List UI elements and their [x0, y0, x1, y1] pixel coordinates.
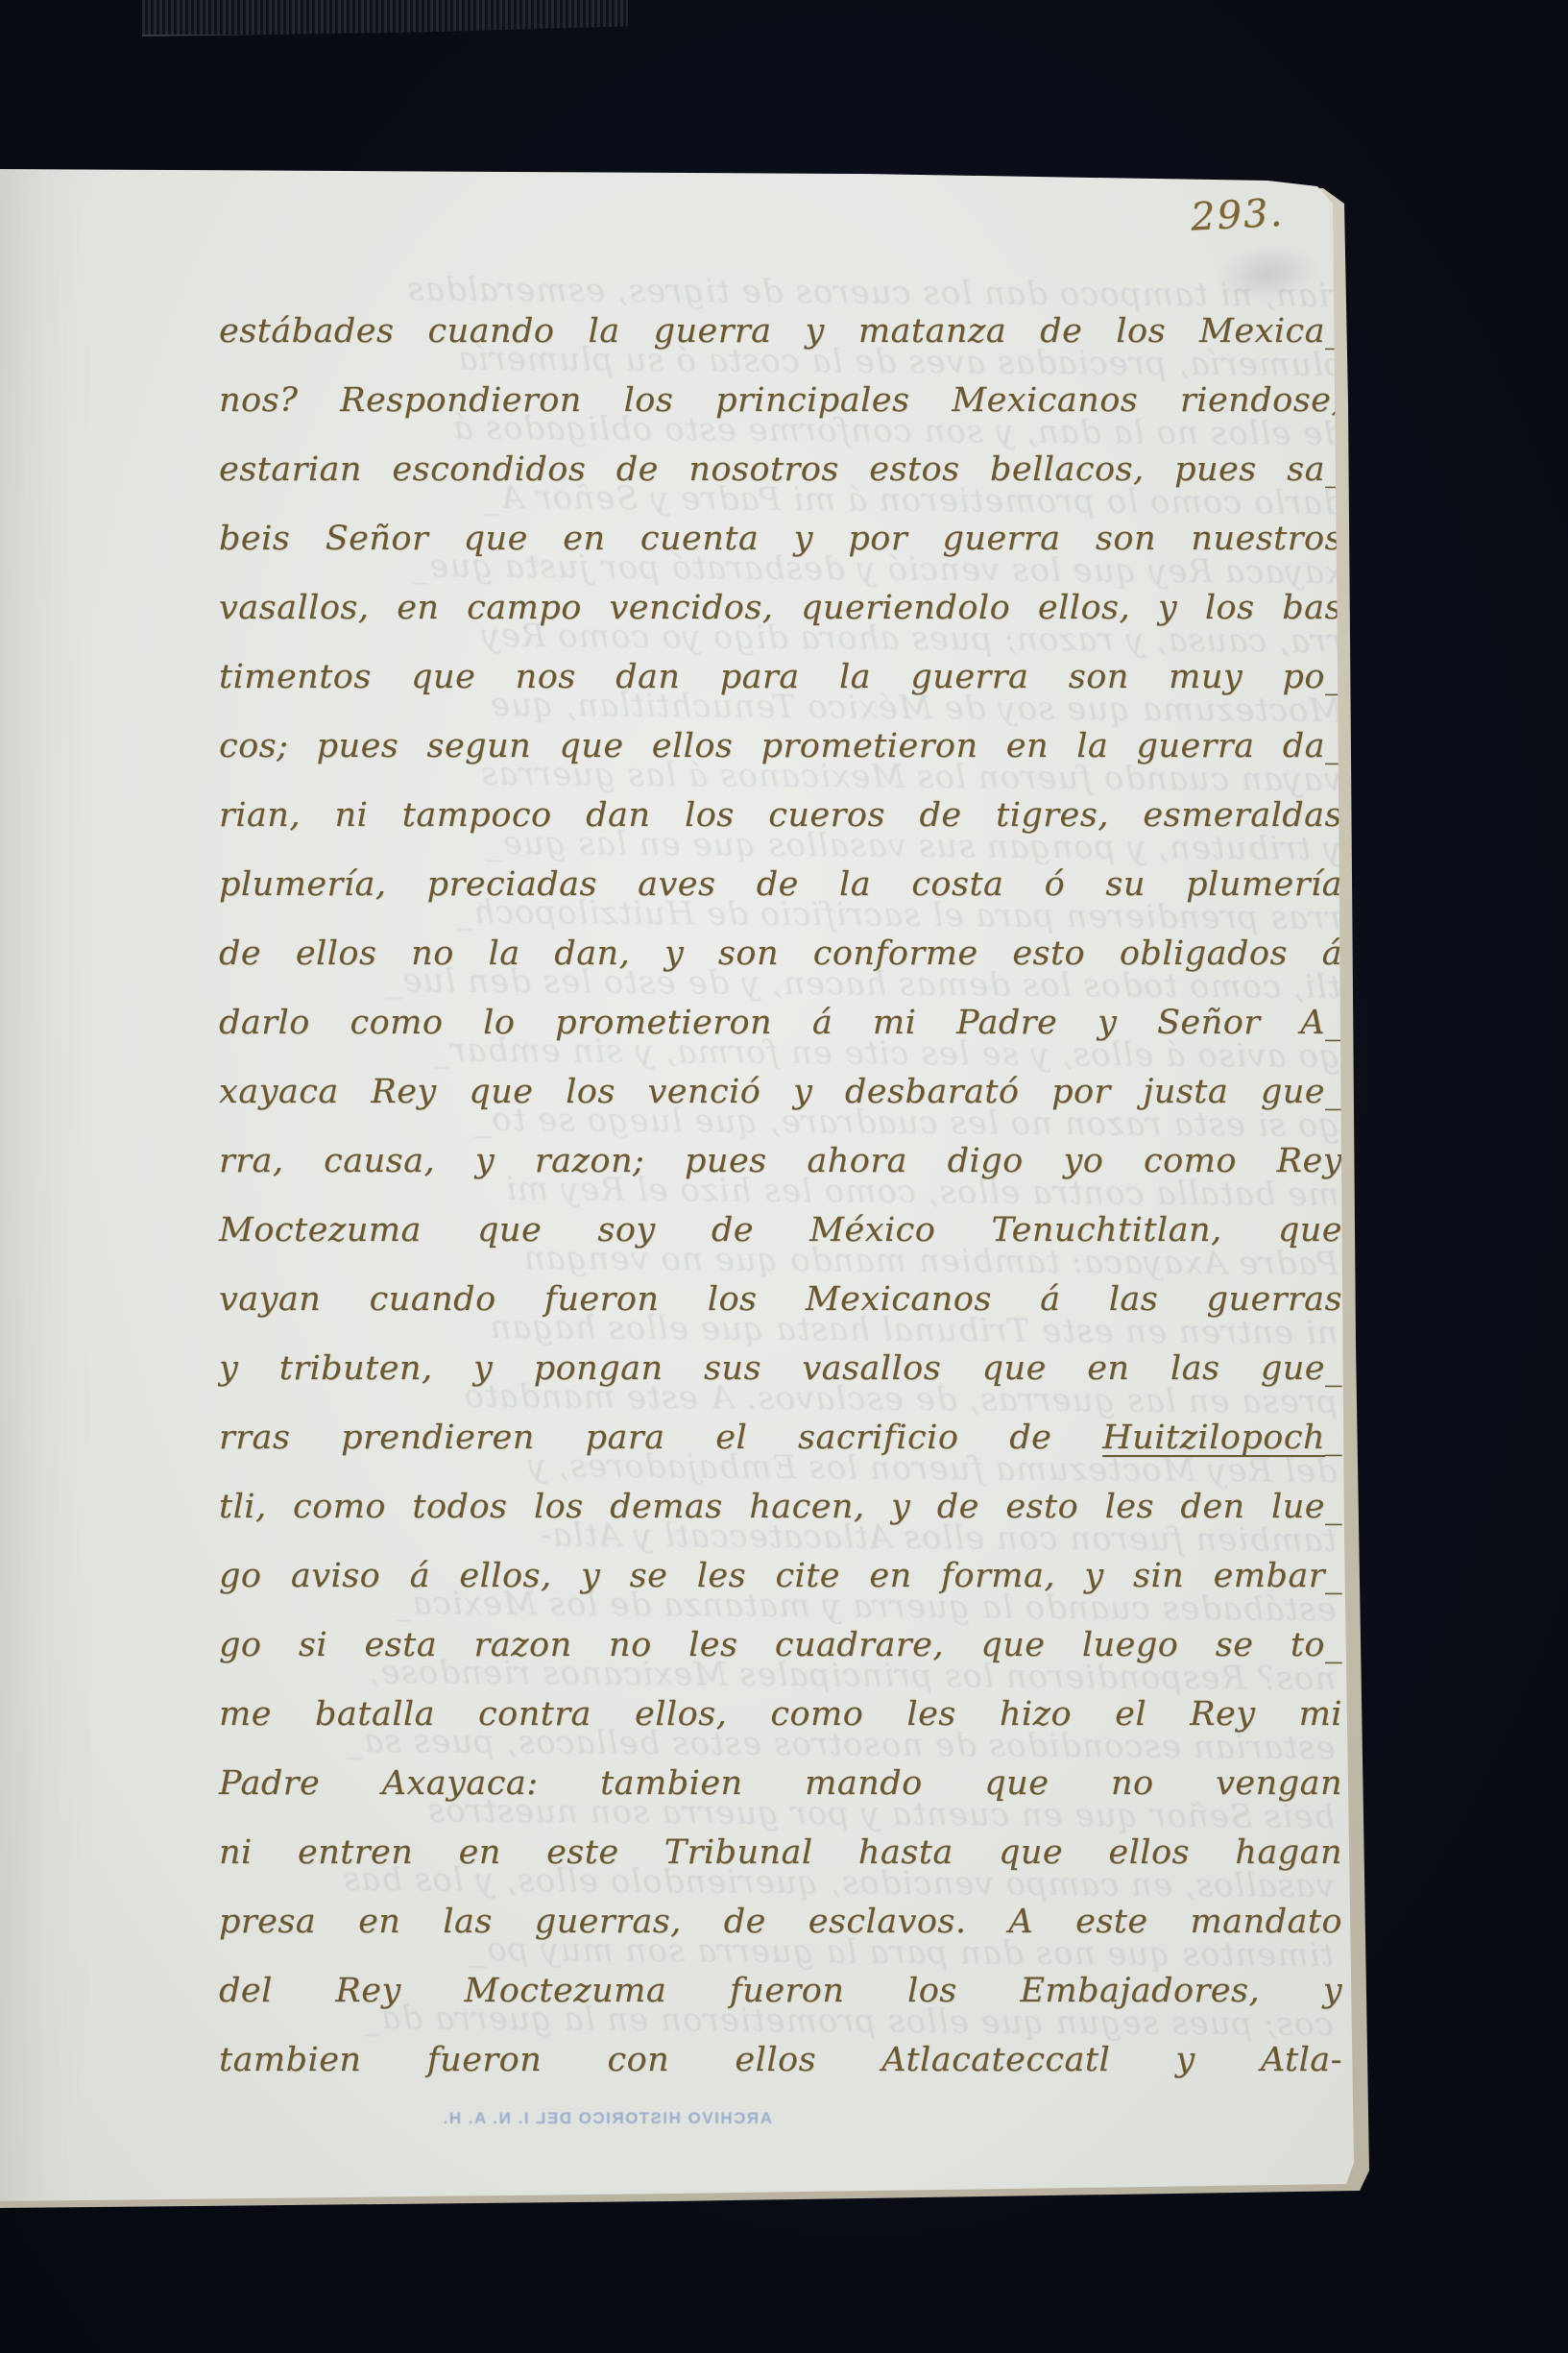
handwritten-line: rra, causa, y razon; pues ahora digo yo …	[219, 1127, 1342, 1196]
handwritten-line: cos; pues segun que ellos prometieron en…	[219, 712, 1342, 781]
handwritten-line: tli, como todos los demas hacen, y de es…	[219, 1472, 1342, 1541]
manuscript-photo: rian, ni tampoco dan los cueros de tigre…	[0, 0, 1568, 2353]
handwritten-line: presa en las guerras, de esclavos. A est…	[219, 1887, 1342, 1956]
book-binding-texture	[142, 0, 628, 36]
handwritten-line: estábades cuando la guerra y matanza de …	[219, 297, 1342, 366]
handwritten-line: rras prendieren para el sacrificio de Hu…	[219, 1403, 1342, 1472]
handwritten-line: tambien fueron con ellos Atlacateccatl y…	[219, 2026, 1342, 2095]
handwritten-line: ni entren en este Tribunal hasta que ell…	[219, 1818, 1342, 1887]
handwritten-line: Moctezuma que soy de México Tenuchtitlan…	[219, 1196, 1342, 1265]
handwritten-line: Padre Axayaca: tambien mando que no veng…	[219, 1749, 1342, 1818]
handwritten-line: go si esta razon no les cuadrare, que lu…	[219, 1611, 1342, 1680]
handwritten-line: me batalla contra ellos, como les hizo e…	[219, 1680, 1342, 1749]
handwritten-line: darlo como lo prometieron á mi Padre y S…	[219, 988, 1342, 1057]
handwritten-line: vayan cuando fueron los Mexicanos á las …	[219, 1265, 1342, 1334]
manuscript-page: rian, ni tampoco dan los cueros de tigre…	[0, 0, 1568, 2353]
handwritten-line: nos? Respondieron los principales Mexica…	[219, 366, 1342, 435]
handwritten-line: de ellos no la dan, y son conforme esto …	[219, 919, 1342, 988]
page-number: 293.	[1190, 188, 1326, 239]
handwritten-line: timentos que nos dan para la guerra son …	[219, 643, 1342, 712]
handwritten-line: rian, ni tampoco dan los cueros de tigre…	[219, 781, 1342, 850]
archive-stamp: ARCHIVO HISTORICO DEL I. N. A. H.	[434, 2107, 780, 2130]
handwritten-line: beis Señor que en cuenta y por guerra so…	[219, 504, 1342, 573]
handwritten-line: estarian escondidos de nosotros estos be…	[219, 435, 1342, 504]
handwritten-text-block: estábades cuando la guerra y matanza de …	[219, 297, 1342, 2095]
handwritten-line: del Rey Moctezuma fueron los Embajadores…	[219, 1956, 1342, 2026]
handwritten-line: vasallos, en campo vencidos, queriendolo…	[219, 573, 1342, 643]
handwritten-line: plumería, preciadas aves de la costa ó s…	[219, 850, 1342, 919]
handwritten-line: y tributen, y pongan sus vasallos que en…	[219, 1334, 1342, 1403]
handwritten-line: xayaca Rey que los venció y desbarató po…	[219, 1057, 1342, 1127]
handwritten-line: go aviso á ellos, y se les cite en forma…	[219, 1541, 1342, 1611]
